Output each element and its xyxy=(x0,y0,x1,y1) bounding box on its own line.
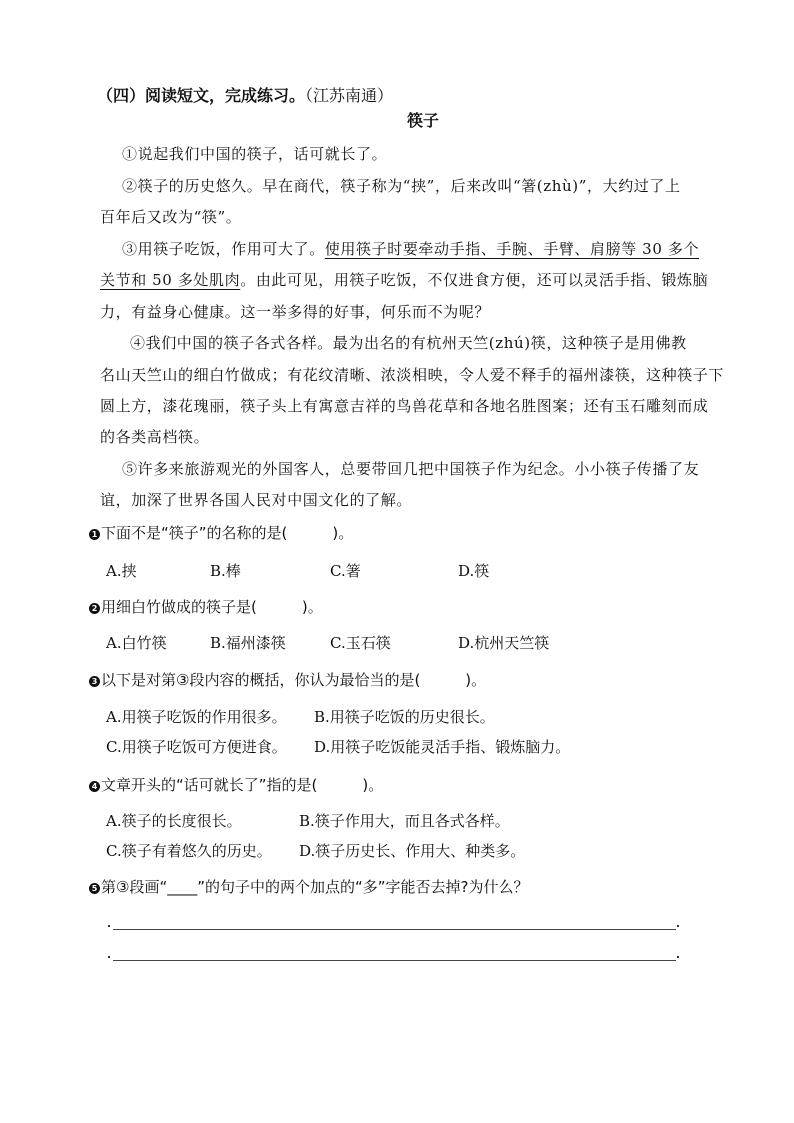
question-number-badge: 1 xyxy=(89,529,100,540)
line-end-dot xyxy=(677,925,679,927)
answer-line-1[interactable] xyxy=(113,929,676,930)
question-5: 5第③段画“____”的句子中的两个加点的“多”字能否去掉?为什么？ xyxy=(89,876,529,897)
q2-option-d[interactable]: D.杭州天竺筷 xyxy=(458,632,549,653)
q3-option-a[interactable]: A.用筷子吃饭的作用很多。 xyxy=(106,706,287,727)
q1-option-a[interactable]: A.挟 xyxy=(106,560,137,581)
paragraph-4-line-4: 的各类高档筷。 xyxy=(100,426,209,447)
paragraph-3-line-2: 关节和 50 多处肌肉。由此可见，用筷子吃饭，不仅进食方便，还可以灵活手指、锻炼… xyxy=(100,269,708,290)
q3-option-c[interactable]: C.用筷子吃饭可方便进食。 xyxy=(106,736,287,757)
line-start-dot xyxy=(108,925,110,927)
question-2-text: 用细白竹做成的筷子是( )。 xyxy=(101,598,323,616)
section-heading: （四）阅读短文，完成练习。（江苏南通） xyxy=(97,83,393,106)
paragraph-4-line-2: 名山天竺山的细白竹做成；有花纹清晰、浓淡相映，令人爱不释手的福州漆筷，这种筷子下 xyxy=(100,364,724,385)
answer-line-2[interactable] xyxy=(113,960,676,961)
q2-option-b[interactable]: B.福州漆筷 xyxy=(210,632,286,653)
worksheet-page: （四）阅读短文，完成练习。（江苏南通） 筷子 ①说起我们中国的筷子，话可就长了。… xyxy=(0,0,794,1123)
q4-option-d[interactable]: D.筷子历史长、作用大、种类多。 xyxy=(299,840,525,861)
question-5-text: 第③段画“____”的句子中的两个加点的“多”字能否去掉?为什么？ xyxy=(101,878,529,896)
article-title: 筷子 xyxy=(407,108,439,131)
question-3-text: 以下是对第③段内容的概括，你认为最恰当的是( )。 xyxy=(101,671,486,689)
paragraph-5-line-1: ⑤许多来旅游观光的外国客人，总要带回几把中国筷子作为纪念。小小筷子传播了友 xyxy=(122,458,699,479)
underlined-sentence-part-2: 关节和 50 多处肌肉 xyxy=(100,271,240,289)
question-1-text: 下面不是“筷子”的名称的是( )。 xyxy=(101,524,353,542)
q1-option-b[interactable]: B.棒 xyxy=(210,560,241,581)
paragraph-3-continuation: 。由此可见，用筷子吃饭，不仅进食方便，还可以灵活手指、锻炼脑 xyxy=(240,271,708,289)
section-label: （四）阅读短文，完成练习。 xyxy=(97,86,305,105)
question-number-badge: 4 xyxy=(89,781,100,792)
q4-option-a[interactable]: A.筷子的长度很长。 xyxy=(106,810,242,831)
question-1: 1下面不是“筷子”的名称的是( )。 xyxy=(89,522,353,543)
q1-option-c[interactable]: C.箸 xyxy=(330,560,361,581)
question-number-badge: 5 xyxy=(89,883,100,894)
question-3: 3以下是对第③段内容的概括，你认为最恰当的是( )。 xyxy=(89,669,486,690)
underlined-sentence-part-1: 使用筷子时要牵动手指、手腕、手臂、肩膀等 30 多个 xyxy=(325,240,699,258)
section-source: （江苏南通） xyxy=(305,86,393,105)
paragraph-5-line-2: 谊，加深了世界各国人民对中国文化的了解。 xyxy=(100,489,412,510)
line-end-dot xyxy=(677,956,679,958)
q1-option-d[interactable]: D.筷 xyxy=(458,560,489,581)
q4-option-c[interactable]: C.筷子有着悠久的历史。 xyxy=(106,840,272,861)
paragraph-3-line-3: 力，有益身心健康。这一举多得的好事，何乐而不为呢？ xyxy=(100,301,490,322)
paragraph-3-line-1: ③用筷子吃饭，作用可大了。使用筷子时要牵动手指、手腕、手臂、肩膀等 30 多个 xyxy=(122,238,699,259)
question-4-text: 文章开头的“话可就长了”指的是( )。 xyxy=(101,776,383,794)
question-2: 2用细白竹做成的筷子是( )。 xyxy=(89,596,323,617)
q2-option-a[interactable]: A.白竹筷 xyxy=(106,632,167,653)
q2-option-c[interactable]: C.玉石筷 xyxy=(330,632,391,653)
paragraph-4-line-3: 圆上方，漆花瑰丽，筷子头上有寓意吉祥的鸟兽花草和各地名胜图案；还有玉石雕刻而成 xyxy=(100,395,708,416)
question-4: 4文章开头的“话可就长了”指的是( )。 xyxy=(89,774,383,795)
paragraph-2-line-1: ②筷子的历史悠久。早在商代，筷子称为“挟”，后来改叫“箸(zhù)”，大约过了上 xyxy=(122,175,681,196)
line-start-dot xyxy=(108,956,110,958)
q4-option-b[interactable]: B.筷子作用大，而且各式各样。 xyxy=(299,810,510,831)
question-number-badge: 3 xyxy=(89,676,100,687)
question-number-badge: 2 xyxy=(89,603,100,614)
q3-option-d[interactable]: D.用筷子吃饭能灵活手指、锻炼脑力。 xyxy=(314,736,570,757)
paragraph-4-line-1: ④我们中国的筷子各式各样。最为出名的有杭州天竺(zhú)筷，这种筷子是用佛教 xyxy=(130,332,687,353)
q3-option-b[interactable]: B.用筷子吃饭的历史很长。 xyxy=(314,706,495,727)
paragraph-1: ①说起我们中国的筷子，话可就长了。 xyxy=(122,143,387,164)
paragraph-2-line-2: 百年后又改为“筷”。 xyxy=(100,206,241,227)
paragraph-3-intro: ③用筷子吃饭，作用可大了。 xyxy=(122,240,325,258)
